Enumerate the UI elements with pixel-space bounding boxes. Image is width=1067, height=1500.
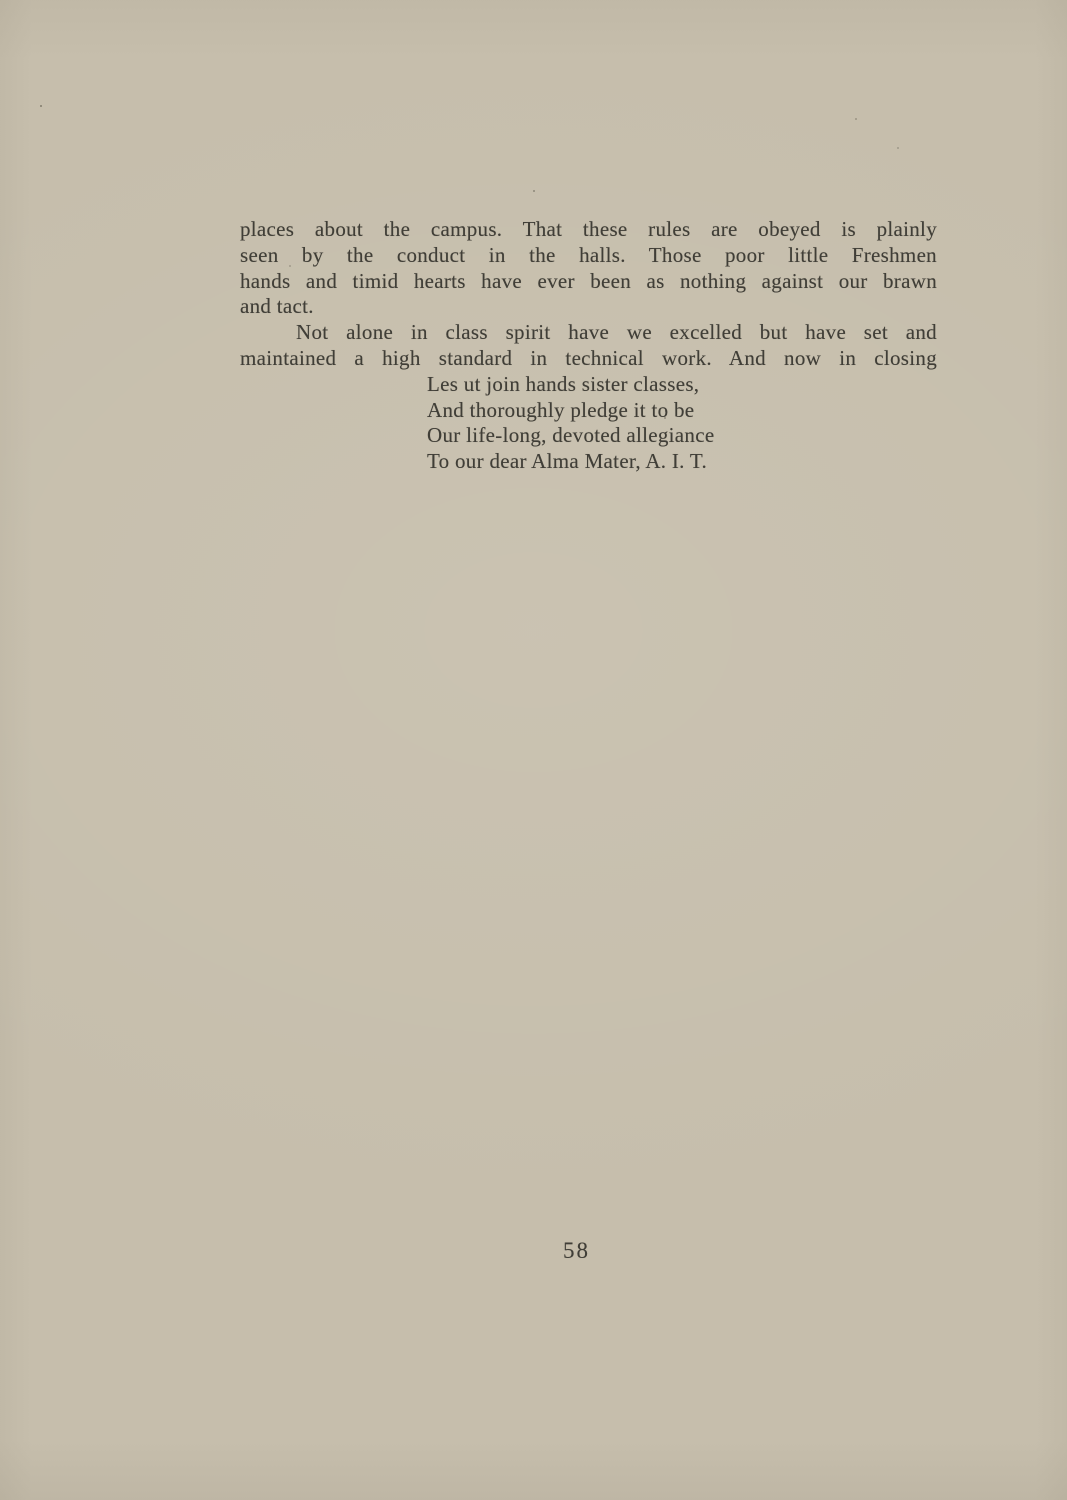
text-line: and tact. xyxy=(240,294,937,320)
paper-specks xyxy=(40,105,42,107)
body-text: places about the campus. That these rule… xyxy=(240,217,937,475)
text-line: hands and timid hearts have ever been as… xyxy=(240,269,937,295)
scanned-book-page: { "colors": { "paper": "#c6beac", "ink":… xyxy=(0,0,1067,1500)
poem-line: To our dear Alma Mater, A. I. T. xyxy=(427,449,937,475)
poem-line: And thoroughly pledge it to be xyxy=(427,398,937,424)
text-line: places about the campus. That these rule… xyxy=(240,217,937,243)
text-line: maintained a high standard in technical … xyxy=(240,346,937,372)
text-line: Not alone in class spirit have we excell… xyxy=(240,320,937,346)
poem-line: Our life-long, devoted allegiance xyxy=(427,423,937,449)
text-line: seen by the conduct in the halls. Those … xyxy=(240,243,937,269)
poem-line: Les ut join hands sister classes, xyxy=(427,372,937,398)
page-number: 58 xyxy=(563,1238,590,1264)
